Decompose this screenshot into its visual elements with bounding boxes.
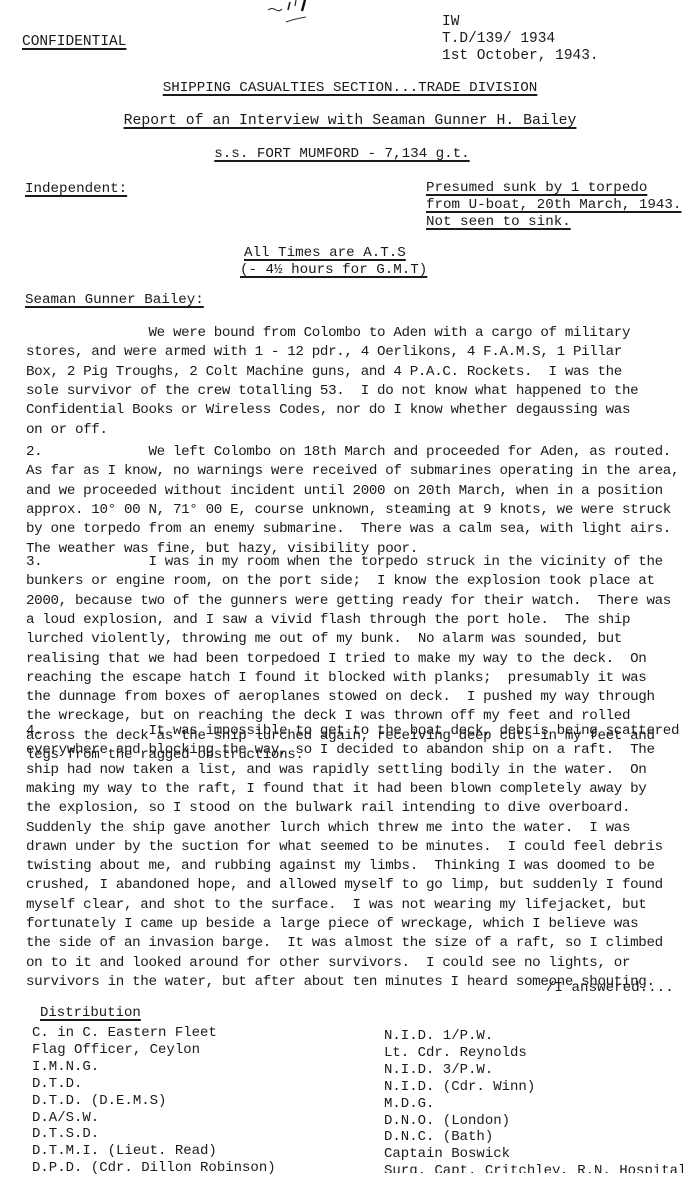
file-number: T.D/139/ 1934: [442, 31, 599, 48]
paragraph-3-line: the dunnage from boxes of aeroplanes sto…: [26, 689, 655, 705]
distribution-recipient: D.T.D.: [32, 1076, 276, 1093]
paragraph-3-line: realising that we had been torpedoed I t…: [26, 651, 646, 667]
distribution-recipient: D.N.C. (Bath): [384, 1129, 686, 1146]
paragraph-4-line: 4. It was impossible to get to the boat …: [26, 723, 679, 739]
distribution-recipient: D.P.D. (Cdr. Dillon Robinson): [32, 1160, 276, 1177]
distribution-recipient: N.I.D. 1/P.W.: [384, 1028, 686, 1045]
paragraph-3-line: 3. I was in my room when the torpedo str…: [26, 554, 663, 570]
paragraph-4-line: making my way to the raft, I found that …: [26, 781, 646, 797]
paragraph-4-line: the explosion, so I stood on the bulwark…: [26, 800, 630, 816]
paragraph-1-line: sole survivor of the crew totalling 53. …: [26, 383, 638, 399]
ship-title: s.s. FORT MUMFORD - 7,134 g.t.: [214, 146, 469, 162]
ref-code: IW: [442, 14, 599, 31]
distribution-recipient: Captain Boswick: [384, 1146, 686, 1163]
distribution-list-left: C. in C. Eastern FleetFlag Officer, Ceyl…: [32, 1025, 276, 1177]
paragraph-1-line: Box, 2 Pig Troughs, 2 Colt Machine guns,…: [26, 364, 622, 380]
paragraph-3-line: 2000, because two of the gunners were ge…: [26, 593, 671, 609]
distribution-recipient: N.I.D. (Cdr. Winn): [384, 1079, 686, 1096]
reference-block: IW T.D/139/ 1934 1st October, 1943.: [442, 14, 599, 65]
paragraph-3-line: bunkers or engine room, on the port side…: [26, 573, 655, 589]
paragraph-2-line: approx. 10° 00 N, 71° 00 E, course unkno…: [26, 502, 671, 518]
report-title: Report of an Interview with Seaman Gunne…: [124, 113, 577, 129]
paragraph-4-line: crushed, I abandoned hope, and allowed m…: [26, 877, 663, 893]
paragraph-1-line: on or off.: [26, 422, 108, 438]
distribution-recipient: C. in C. Eastern Fleet: [32, 1025, 276, 1042]
fate-line: from U-boat, 20th March, 1943.: [426, 197, 681, 214]
handwritten-annotation: [262, 0, 332, 28]
paragraph-4-line: the side of an invasion barge. It was al…: [26, 935, 663, 951]
section-title: SHIPPING CASUALTIES SECTION...TRADE DIVI…: [163, 80, 538, 96]
paragraph-2-line: and we proceeded without incident until …: [26, 483, 663, 499]
routing-label: Independent:: [25, 181, 127, 197]
classification-label: CONFIDENTIAL: [22, 34, 126, 50]
paragraph-3-line: reaching the escape hatch I found it blo…: [26, 670, 646, 686]
distribution-recipient: Lt. Cdr. Reynolds: [384, 1045, 686, 1062]
distribution-list-right: N.I.D. 1/P.W.Lt. Cdr. ReynoldsN.I.D. 3/P…: [384, 1028, 686, 1173]
distribution-recipient: Surg. Capt. Critchley, R.N. Hospital: [384, 1163, 686, 1173]
paragraph-4-line: fortunately I came up beside a large pie…: [26, 916, 638, 932]
distribution-recipient: D.A/S.W.: [32, 1110, 276, 1127]
paragraph-4-line: twisting about me, and rubbing against m…: [26, 858, 655, 874]
fate-line: Presumed sunk by 1 torpedo: [426, 180, 681, 197]
paragraph-1-line: We were bound from Colombo to Aden with …: [26, 325, 630, 341]
fate-line: Not seen to sink.: [426, 214, 681, 231]
distribution-recipient: D.T.S.D.: [32, 1126, 276, 1143]
times-note-line: (- 4½ hours for G.M.T): [240, 262, 427, 279]
paragraph-4-line: drawn under by the suction for what seem…: [26, 839, 663, 855]
paragraph-4-line: everywhere and blocking the way, so I de…: [26, 742, 655, 758]
distribution-recipient: D.T.M.I. (Lieut. Read): [32, 1143, 276, 1160]
times-note: All Times are A.T.S (- 4½ hours for G.M.…: [240, 245, 427, 279]
paragraph-4-line: Suddenly the ship gave another lurch whi…: [26, 820, 630, 836]
paragraph-4-line: myself clear, and shot to the surface. I…: [26, 897, 646, 913]
paragraph-3-line: a loud explosion, and I saw a vivid flas…: [26, 612, 630, 628]
distribution-recipient: Flag Officer, Ceylon: [32, 1042, 276, 1059]
paragraph-4-line: on to it and looked around for other sur…: [26, 955, 630, 971]
paragraph-1-line: Confidential Books or Wireless Codes, no…: [26, 402, 630, 418]
paragraph-3-line: lurched violently, throwing me out of my…: [26, 631, 622, 647]
paragraph-2-line: As far as I know, no warnings were recei…: [26, 463, 679, 479]
continuation-marker: /I answered....: [546, 980, 674, 996]
speaker-label: Seaman Gunner Bailey:: [25, 292, 204, 308]
paragraph-3-line: the wreckage, but on reaching the deck I…: [26, 708, 630, 724]
distribution-heading: Distribution: [40, 1005, 141, 1021]
times-note-line: All Times are A.T.S: [240, 245, 427, 262]
distribution-recipient: M.D.G.: [384, 1096, 686, 1113]
paragraph-1-line: stores, and were armed with 1 - 12 pdr.,…: [26, 344, 622, 360]
paragraph-4-line: ship had now taken a list, and was rapid…: [26, 762, 646, 778]
fate-block: Presumed sunk by 1 torpedo from U-boat, …: [426, 180, 681, 231]
distribution-recipient: N.I.D. 3/P.W.: [384, 1062, 686, 1079]
document-date: 1st October, 1943.: [442, 48, 599, 65]
distribution-recipient: I.M.N.G.: [32, 1059, 276, 1076]
paragraph-2-line: by one torpedo from an enemy submarine. …: [26, 521, 671, 537]
distribution-recipient: D.T.D. (D.E.M.S): [32, 1093, 276, 1110]
distribution-recipient: D.N.O. (London): [384, 1113, 686, 1130]
paragraph-2-line: 2. We left Colombo on 18th March and pro…: [26, 444, 671, 460]
